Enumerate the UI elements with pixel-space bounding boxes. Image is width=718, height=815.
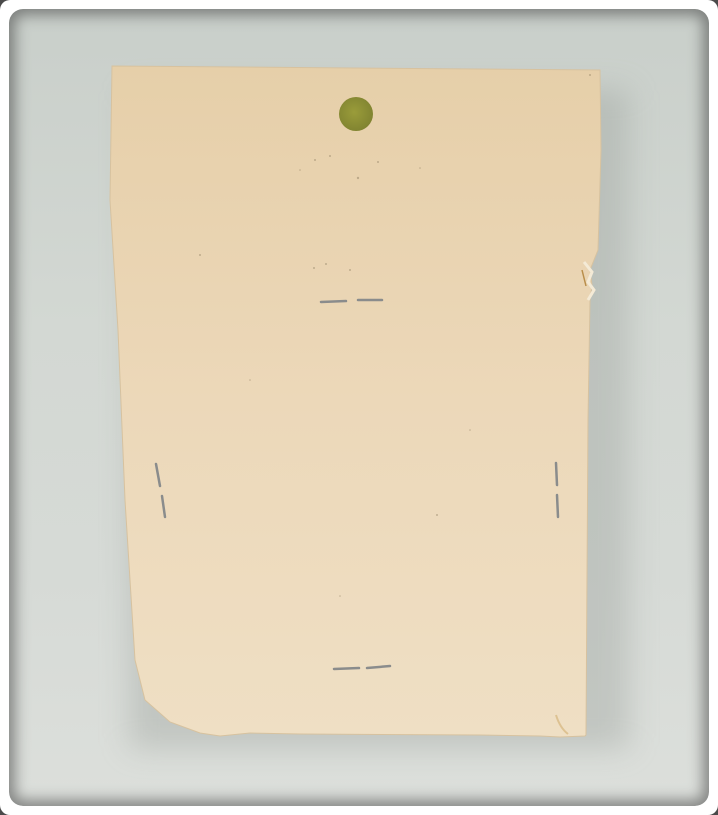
hang-hole [339, 97, 373, 131]
lure-card [0, 0, 718, 815]
card-body [110, 66, 601, 737]
